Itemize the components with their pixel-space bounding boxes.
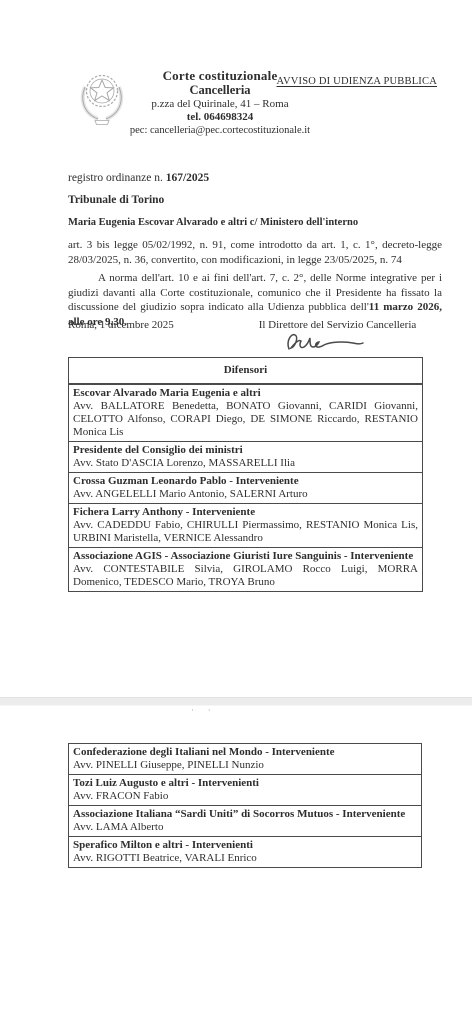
case-title: Maria Eugenia Escovar Alvarado e altri c… [68,217,358,228]
law-reference: art. 3 bis legge 05/02/1992, n. 91, come… [68,238,442,267]
org-address: p.zza del Quirinale, 41 – Roma [100,97,340,111]
defenders-table: Difensori Escovar Alvarado Maria Eugenia… [68,357,423,592]
table-row: Escovar Alvarado Maria Eugenia e altri A… [69,385,422,441]
table-row: Sperafico Milton e altri - Intervenienti… [69,836,421,867]
counsel-list: Avv. Stato D'ASCIA Lorenzo, MASSARELLI I… [73,457,418,470]
interveners-table: Confederazione degli Italiani nel Mondo … [68,743,422,868]
defenders-table-body: Escovar Alvarado Maria Eugenia e altri A… [69,385,422,591]
party-name: Associazione AGIS - Associazione Giurist… [73,549,418,563]
party-name: Presidente del Consiglio dei ministri [73,443,418,457]
counsel-list: Avv. RIGOTTI Beatrice, VARALI Enrico [73,852,417,865]
table-row: Confederazione degli Italiani nel Mondo … [69,744,421,774]
org-phone: tel. 064698324 [100,111,340,124]
party-name: Associazione Italiana “Sardi Uniti” di S… [73,807,417,821]
party-name: Tozi Luiz Augusto e altri - Intervenient… [73,776,417,790]
registry-line: registro ordinanze n. 167/2025 [68,172,209,184]
counsel-list: Avv. CADEDDU Fabio, CHIRULLI Piermassimo… [73,519,418,545]
org-pec-email: pec: cancelleria@pec.cortecostituzionale… [100,124,340,138]
counsel-list: Avv. ANGELELLI Mario Antonio, SALERNI Ar… [73,488,418,501]
counsel-list: Avv. CONTESTABILE Silvia, GIROLAMO Rocco… [73,563,418,589]
counsel-list: Avv. PINELLI Giuseppe, PINELLI Nunzio [73,759,417,772]
party-name: Confederazione degli Italiani nel Mondo … [73,745,417,759]
registry-label: registro ordinanze n. [68,172,163,184]
table-row: Fichera Larry Anthony - Interveniente Av… [69,503,422,547]
registry-number: 167/2025 [166,172,209,184]
table-row: Crossa Guzman Leonardo Pablo - Interveni… [69,472,422,503]
counsel-list: Avv. LAMA Alberto [73,821,417,834]
table-row: Presidente del Consiglio dei ministri Av… [69,441,422,472]
defenders-table-header: Difensori [69,358,422,385]
party-name: Sperafico Milton e altri - Intervenienti [73,838,417,852]
dateline: Roma, 1 dicembre 2025 [68,319,174,331]
party-name: Crossa Guzman Leonardo Pablo - Interveni… [73,474,418,488]
party-name: Fichera Larry Anthony - Interveniente [73,505,418,519]
interveners-table-body: Confederazione degli Italiani nel Mondo … [69,744,421,867]
scan-artifact-marks: ·· [191,706,225,716]
counsel-list: Avv. FRACON Fabio [73,790,417,803]
court-name: Tribunale di Torino [68,194,164,206]
notice-title: AVVISO DI UDIENZA PUBBLICA [277,76,437,87]
counsel-list: Avv. BALLATORE Benedetta, BONATO Giovann… [73,400,418,439]
table-row: Associazione Italiana “Sardi Uniti” di S… [69,805,421,836]
table-row: Associazione AGIS - Associazione Giurist… [69,547,422,591]
page-separator [0,697,472,706]
document-page: Corte costituzionale Cancelleria p.zza d… [0,0,472,1024]
party-name: Escovar Alvarado Maria Eugenia e altri [73,386,418,400]
table-row: Tozi Luiz Augusto e altri - Intervenient… [69,774,421,805]
